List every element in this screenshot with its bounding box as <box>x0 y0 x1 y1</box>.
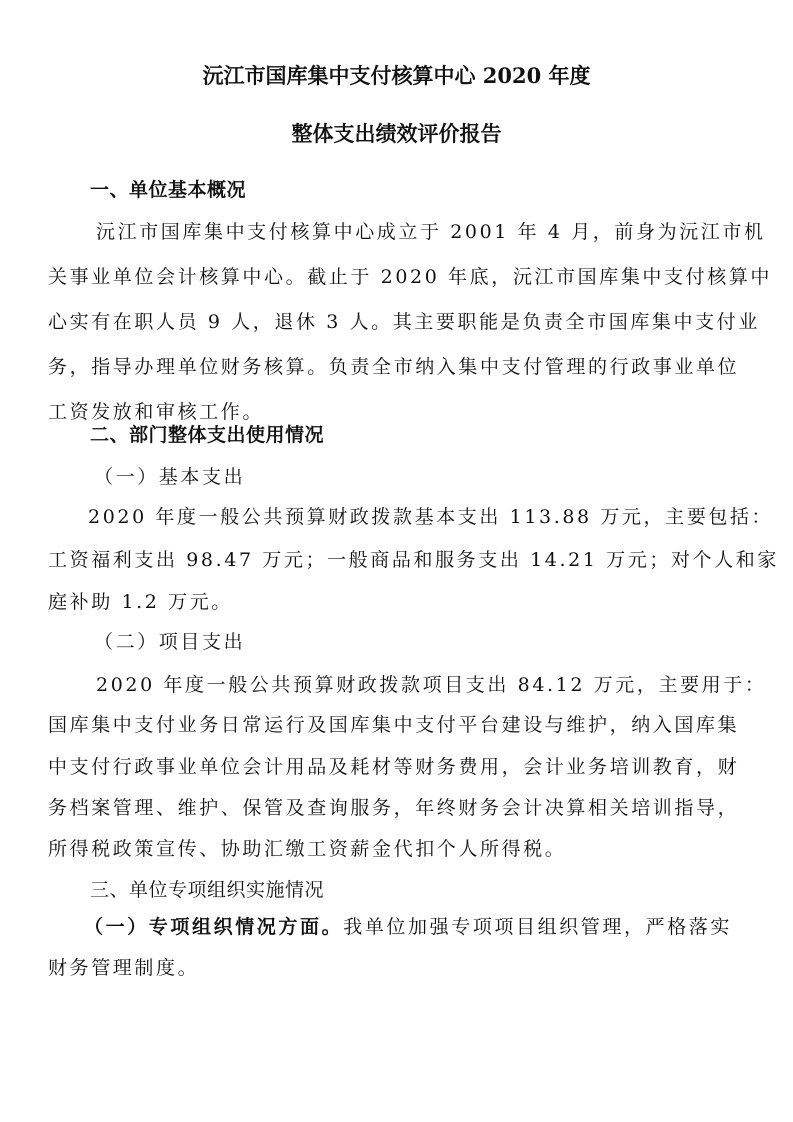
paragraph-line: 务档案管理、维护、保管及查询服务，年终财务会计决算相关培训指导， <box>48 793 748 820</box>
paragraph-line: 所得税政策宣传、协助汇缴工资薪金代扣个人所得税。 <box>48 834 748 861</box>
section-2-heading: 二、部门整体支出使用情况 <box>90 420 790 447</box>
paragraph-line: （一）专项组织情况方面。我单位加强专项项目组织管理，严格落实 <box>84 912 784 939</box>
document-page: 沅江市国库集中支付核算中心 2020 年度 整体支出绩效评价报告 一、单位基本概… <box>0 0 793 1122</box>
paragraph-line: 工资福利支出 98.47 万元；一般商品和服务支出 14.21 万元；对个人和家 <box>48 545 748 572</box>
section-1-heading: 一、单位基本概况 <box>90 175 790 202</box>
subsection-heading: （二）项目支出 <box>94 627 793 654</box>
doc-title-line1: 沅江市国库集中支付核算中心 2020 年度 <box>0 60 793 90</box>
paragraph-line: 2020 年度一般公共预算财政拨款项目支出 84.12 万元，主要用于： <box>96 670 793 697</box>
bold-lead: （一）专项组织情况方面。 <box>84 916 343 938</box>
doc-title-line2: 整体支出绩效评价报告 <box>0 118 793 148</box>
paragraph-line: 务，指导办理单位财务核算。负责全市纳入集中支付管理的行政事业单位 <box>48 352 748 379</box>
paragraph-line: 财务管理制度。 <box>48 953 748 980</box>
paragraph-line: 关事业单位会计核算中心。截止于 2020 年底，沅江市国库集中支付核算中 <box>48 262 748 289</box>
section-3-heading: 三、单位专项组织实施情况 <box>90 875 790 902</box>
paragraph-line: 庭补助 1.2 万元。 <box>48 587 748 614</box>
paragraph-line: 中支付行政事业单位会计用品及耗材等财务费用，会计业务培训教育，财 <box>48 752 748 779</box>
paragraph-line: 心实有在职人员 9 人，退休 3 人。其主要职能是负责全市国库集中支付业 <box>48 307 748 334</box>
paragraph-line: 国库集中支付业务日常运行及国库集中支付平台建设与维护，纳入国库集 <box>48 710 748 737</box>
paragraph-line: 2020 年度一般公共预算财政拨款基本支出 113.88 万元，主要包括： <box>88 502 788 529</box>
paragraph-text: 我单位加强专项项目组织管理，严格落实 <box>343 916 732 938</box>
subsection-heading: （一）基本支出 <box>94 462 793 489</box>
paragraph-line: 沅江市国库集中支付核算中心成立于 2001 年 4 月，前身为沅江市机 <box>96 217 793 244</box>
